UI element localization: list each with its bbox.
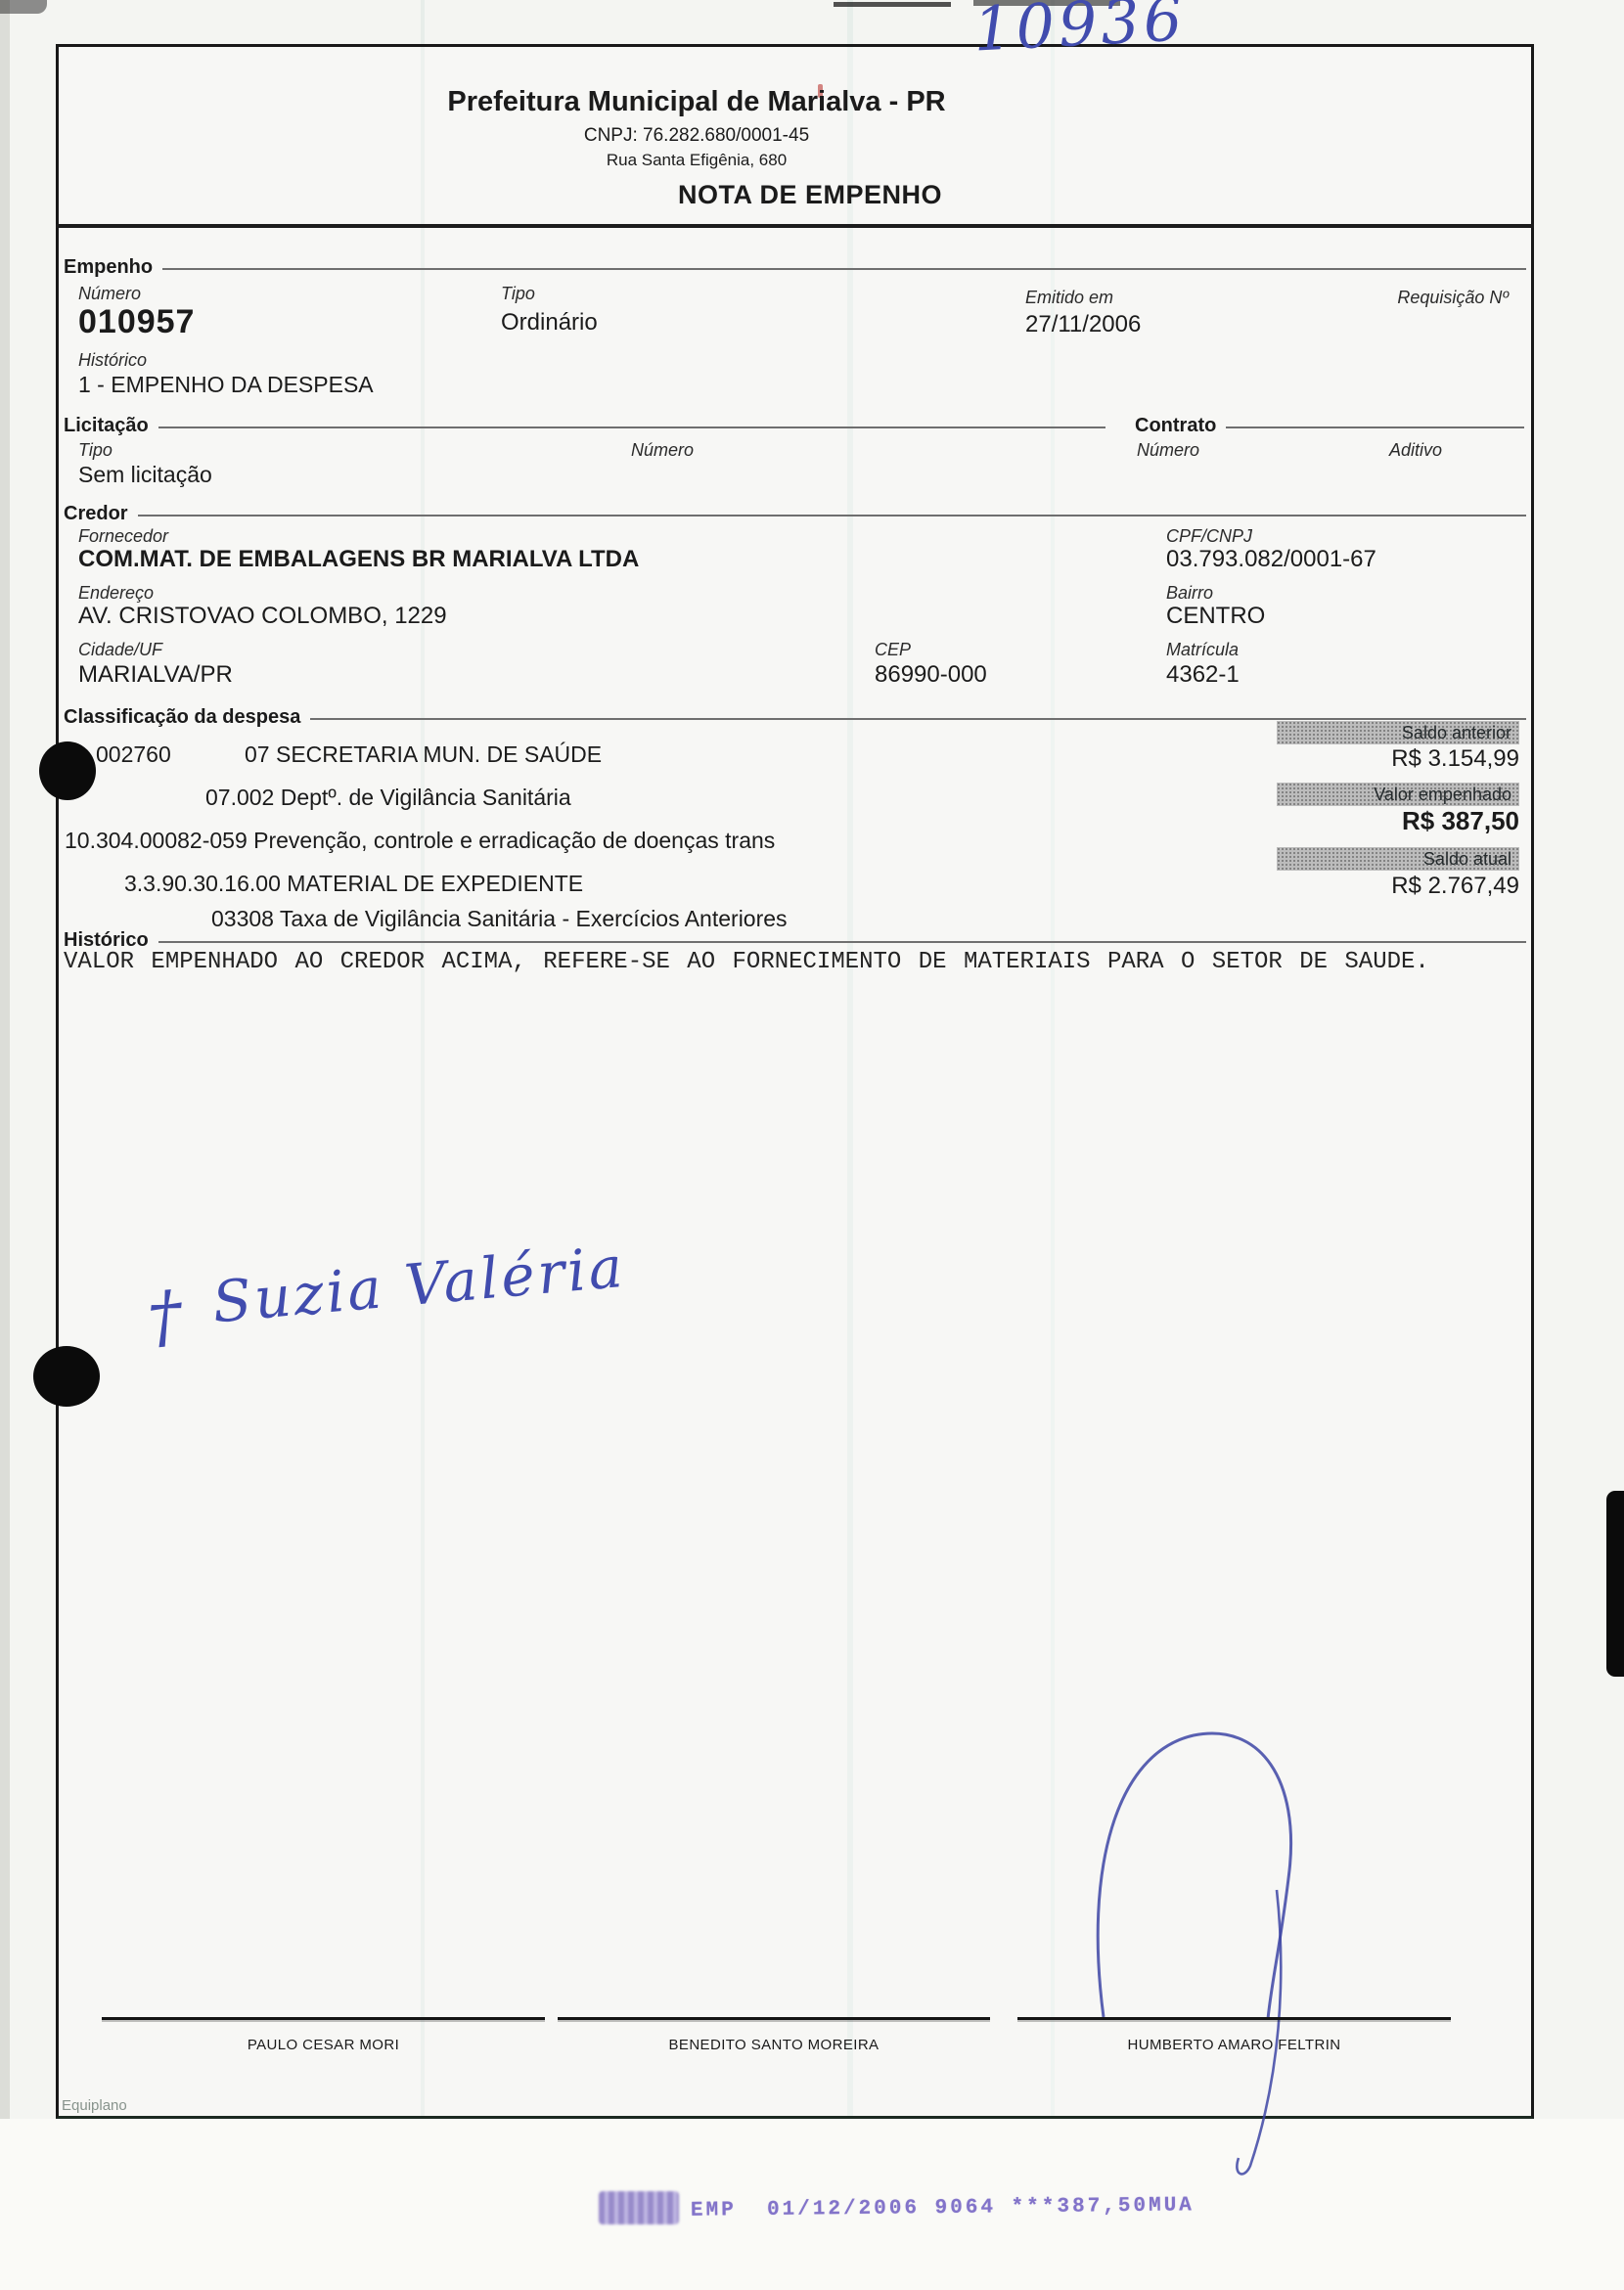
- saldo-atual-bar: Saldo atual: [1277, 847, 1519, 871]
- section-rule: [158, 941, 1526, 943]
- fornecedor-value: COM.MAT. DE EMBALAGENS BR MARIALVA LTDA: [78, 546, 639, 573]
- bairro-label: Bairro: [1166, 583, 1213, 604]
- historico-text: VALOR EMPENHADO AO CREDOR ACIMA, REFERE-…: [64, 949, 1521, 975]
- signature-line-3: [1017, 2017, 1451, 2020]
- scan-mark-artifact: [0, 0, 47, 14]
- section-rule: [138, 515, 1526, 516]
- section-rule: [310, 718, 1526, 720]
- signature-line-1: [102, 2017, 545, 2020]
- contrato-aditivo-label: Aditivo: [1389, 440, 1442, 461]
- valor-empenhado-value: R$ 387,50: [1213, 806, 1519, 836]
- section-licitacao: Licitação: [64, 415, 1105, 437]
- header-divider: [56, 224, 1534, 228]
- section-credor: Credor: [64, 503, 1526, 525]
- signature-flourish: [1076, 1724, 1331, 2183]
- signature-line-2: [558, 2017, 990, 2020]
- signatory-name-2: BENEDITO SANTO MOREIRA: [558, 2037, 990, 2053]
- section-contrato: Contrato: [1135, 415, 1524, 437]
- section-empenho: Empenho: [64, 256, 1526, 279]
- bairro-value: CENTRO: [1166, 603, 1265, 630]
- section-rule: [162, 268, 1526, 270]
- system-vendor-label: Equiplano: [62, 2097, 127, 2114]
- document-title: NOTA DE EMPENHO: [678, 180, 942, 210]
- classificacao-elemento: 3.3.90.30.16.00 MATERIAL DE EXPEDIENTE: [124, 871, 583, 897]
- header-organization: Prefeitura Municipal de Marialva - PR: [56, 86, 1337, 118]
- saldo-atual-value: R$ 2.767,49: [1213, 873, 1519, 900]
- section-contrato-label: Contrato: [1135, 415, 1216, 437]
- cep-value: 86990-000: [875, 661, 987, 689]
- header-address: Rua Santa Efigênia, 680: [56, 151, 1337, 170]
- cidade-uf-label: Cidade/UF: [78, 640, 162, 660]
- licitacao-tipo-value: Sem licitação: [78, 462, 212, 488]
- requisicao-label: Requisição Nº: [1350, 288, 1509, 308]
- classificacao-unidade: 07.002 Deptº. de Vigilância Sanitária: [205, 785, 571, 811]
- hole-punch-artifact: [39, 741, 96, 800]
- section-empenho-label: Empenho: [64, 256, 153, 279]
- signatory-name-3: HUMBERTO AMARO FELTRIN: [1017, 2037, 1451, 2053]
- section-rule: [1226, 427, 1524, 428]
- section-rule: [158, 427, 1105, 428]
- valor-empenhado-bar: Valor empenhado: [1277, 783, 1519, 806]
- licitacao-tipo-label: Tipo: [78, 440, 113, 461]
- classificacao-orgao: 07 SECRETARIA MUN. DE SAÚDE: [245, 741, 602, 768]
- cpf-cnpj-label: CPF/CNPJ: [1166, 526, 1252, 547]
- endereco-label: Endereço: [78, 583, 154, 604]
- edge-blob-artifact: [1606, 1491, 1624, 1677]
- scan-streak-artifact: [0, 0, 10, 2290]
- cidade-uf-value: MARIALVA/PR: [78, 661, 233, 689]
- classificacao-codigo: 002760: [96, 741, 171, 768]
- cpf-cnpj-value: 03.793.082/0001-67: [1166, 546, 1376, 573]
- header-cnpj: CNPJ: 76.282.680/0001-45: [56, 125, 1337, 147]
- endereco-value: AV. CRISTOVAO COLOMBO, 1229: [78, 603, 447, 630]
- section-licitacao-label: Licitação: [64, 415, 149, 437]
- handwritten-number: 10936: [971, 0, 1188, 66]
- classificacao-fonte: 03308 Taxa de Vigilância Sanitária - Exe…: [211, 906, 788, 932]
- section-classificacao-label: Classificação da despesa: [64, 706, 300, 729]
- empenho-historico-label: Histórico: [78, 350, 147, 371]
- tipo-label: Tipo: [501, 284, 535, 304]
- signatory-name-1: PAULO CESAR MORI: [102, 2037, 545, 2053]
- emitido-em-value: 27/11/2006: [1025, 311, 1141, 338]
- saldo-anterior-value: R$ 3.154,99: [1213, 745, 1519, 773]
- matricula-label: Matrícula: [1166, 640, 1239, 660]
- hole-punch-artifact: [33, 1346, 100, 1407]
- numero-label: Número: [78, 284, 141, 304]
- emitido-em-label: Emitido em: [1025, 288, 1113, 308]
- saldo-anterior-bar: Saldo anterior: [1277, 721, 1519, 744]
- numero-value: 010957: [78, 303, 195, 341]
- contrato-numero-label: Número: [1137, 440, 1199, 461]
- scanned-document-page: { "annotations": { "handwritten_number":…: [0, 0, 1624, 2290]
- matricula-value: 4362-1: [1166, 661, 1240, 689]
- tipo-value: Ordinário: [501, 309, 598, 337]
- stamp-smudge-artifact: [599, 2191, 679, 2224]
- licitacao-numero-label: Número: [631, 440, 694, 461]
- cep-label: CEP: [875, 640, 911, 660]
- empenho-historico-value: 1 - EMPENHO DA DESPESA: [78, 372, 374, 398]
- signature-cross-mark: †: [144, 1275, 185, 1358]
- classificacao-funcional: 10.304.00082-059 Prevenção, controle e e…: [65, 828, 775, 854]
- section-credor-label: Credor: [64, 503, 128, 525]
- fornecedor-label: Fornecedor: [78, 526, 168, 547]
- scan-mark-artifact: [834, 2, 951, 7]
